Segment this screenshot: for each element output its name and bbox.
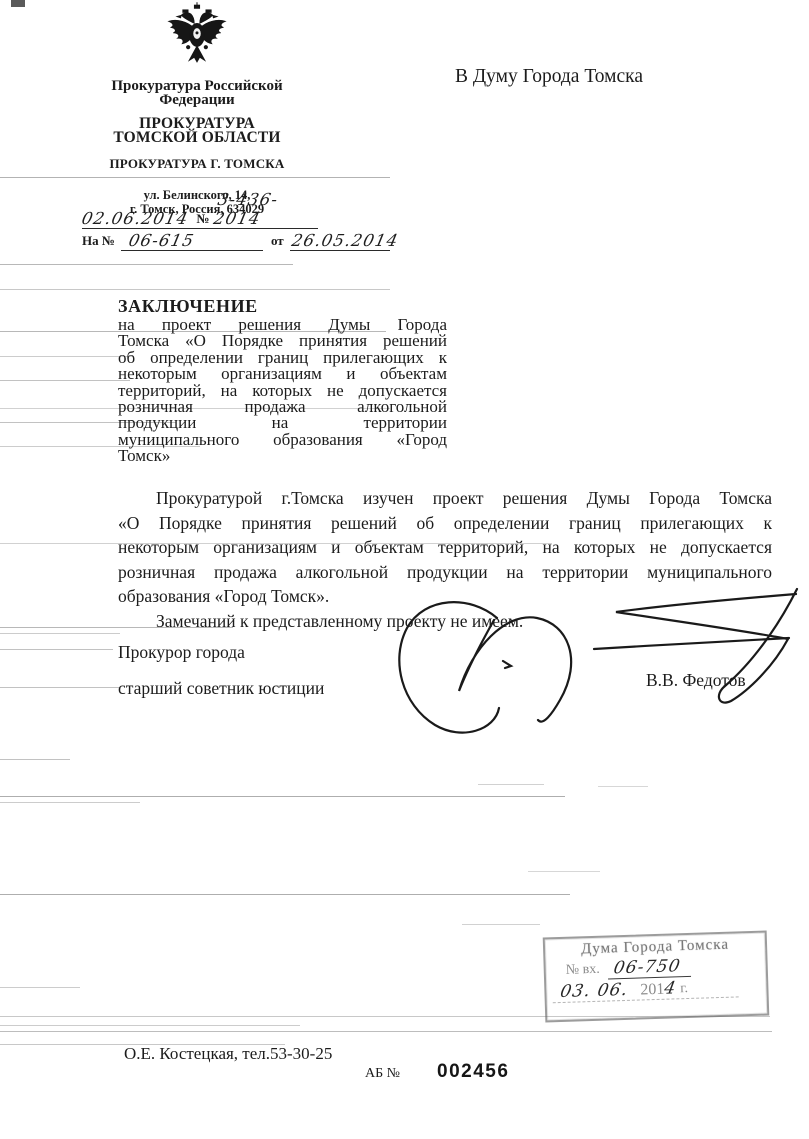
scan-artifact-line <box>0 1025 300 1026</box>
signer-position-line2: старший советник юстиции <box>118 678 324 699</box>
incoming-number-handwriting: 06-615 <box>127 231 196 250</box>
ref-row-outgoing: 02.06.2014 № 3-436-2014 <box>82 207 318 229</box>
scan-artifact-line <box>0 1031 772 1032</box>
incoming-date-handwriting: 26.05.2014 <box>290 231 401 250</box>
incoming-number-field: 06-615 <box>121 231 263 251</box>
conclusion-heading-block: ЗАКЛЮЧЕНИЕ на проект решения Думы Города… <box>118 297 447 465</box>
executor-contact: О.Е. Костецкая, тел.53-30-25 <box>124 1044 332 1064</box>
scan-artifact-line <box>598 786 648 787</box>
scan-artifact-line <box>0 987 80 988</box>
conclusion-title: ЗАКЛЮЧЕНИЕ <box>118 297 447 315</box>
scan-artifact-line <box>0 687 120 688</box>
form-number: 002456 <box>437 1061 509 1083</box>
stamp-incoming-label: № вх. <box>566 962 601 981</box>
form-series-label: АБ № <box>365 1066 400 1082</box>
scan-artifact-line <box>0 289 390 290</box>
stamp-number-handwriting: 06-750 <box>612 956 683 978</box>
body-remark-line: Замечаний к представленному проекту не и… <box>118 609 772 634</box>
na-no-label: На № <box>82 233 115 251</box>
incoming-date-field: 26.05.2014 <box>290 231 390 251</box>
ot-label: от <box>263 233 284 251</box>
signer-position-line1: Прокурор города <box>118 642 245 663</box>
scanned-letter-page: Прокуратура Российской Федерации ПРОКУРА… <box>0 0 809 1139</box>
incoming-registration-stamp: Дума Города Томска № вх. 06-750 03. 06. … <box>543 931 770 1023</box>
stamp-date-handwriting: 03. 06. <box>559 980 630 1002</box>
body-line: «О Порядке принятия решений об определен… <box>118 511 772 536</box>
org-city: ПРОКУРАТУРА Г. ТОМСКА <box>85 156 309 172</box>
outgoing-date-handwriting: 02.06.2014 <box>80 209 191 228</box>
scan-artifact-line <box>0 759 70 760</box>
scan-artifact-line <box>0 894 570 895</box>
scan-artifact-line <box>528 871 600 872</box>
org-region: ПРОКУРАТУРА ТОМСКОЙ ОБЛАСТИ <box>108 117 286 145</box>
body-line: образования «Город Томск». <box>118 584 772 609</box>
scan-smudge <box>11 0 25 7</box>
scan-artifact-line <box>462 924 540 925</box>
scan-artifact-line <box>0 264 293 265</box>
outgoing-number-handwriting: 3-436-2014 <box>212 190 323 228</box>
scan-artifact-line <box>478 784 544 785</box>
stamp-number-field: 06-750 <box>607 956 691 980</box>
scan-artifact-line <box>0 649 113 650</box>
scan-artifact-line <box>0 802 140 803</box>
body-text: Прокуратурой г.Томска изучен проект реше… <box>118 486 772 633</box>
stamp-date-row: 03. 06. 201 4 г. <box>552 976 739 1003</box>
conclusion-subject-line: Томск» <box>118 448 447 464</box>
scan-artifact-line <box>0 633 120 634</box>
stamp-year-suffix: г. <box>680 981 688 998</box>
org-parent: Прокуратура Российской Федерации <box>97 80 297 107</box>
body-line: некоторым организациям и объектам террит… <box>118 535 772 560</box>
scan-artifact-line <box>0 380 130 381</box>
signer-name: В.В. Федотов <box>646 670 746 691</box>
scan-artifact-line <box>0 796 565 797</box>
body-line: розничная продажа алкогольной продукции … <box>118 560 772 585</box>
scan-artifact-line <box>0 356 133 357</box>
ref-row-incoming: На № 06-615 от 26.05.2014 <box>82 230 390 251</box>
body-line: Прокуратурой г.Томска изучен проект реше… <box>118 486 772 511</box>
stamp-year-digit-handwriting: 4 <box>662 978 678 999</box>
stamp-year-printed: 201 <box>640 981 665 1000</box>
letterhead: Прокуратура Российской Федерации ПРОКУРА… <box>85 2 309 215</box>
recipient-line: В Думу Города Томска <box>455 66 643 88</box>
coat-of-arms-eagle-icon <box>163 2 231 74</box>
